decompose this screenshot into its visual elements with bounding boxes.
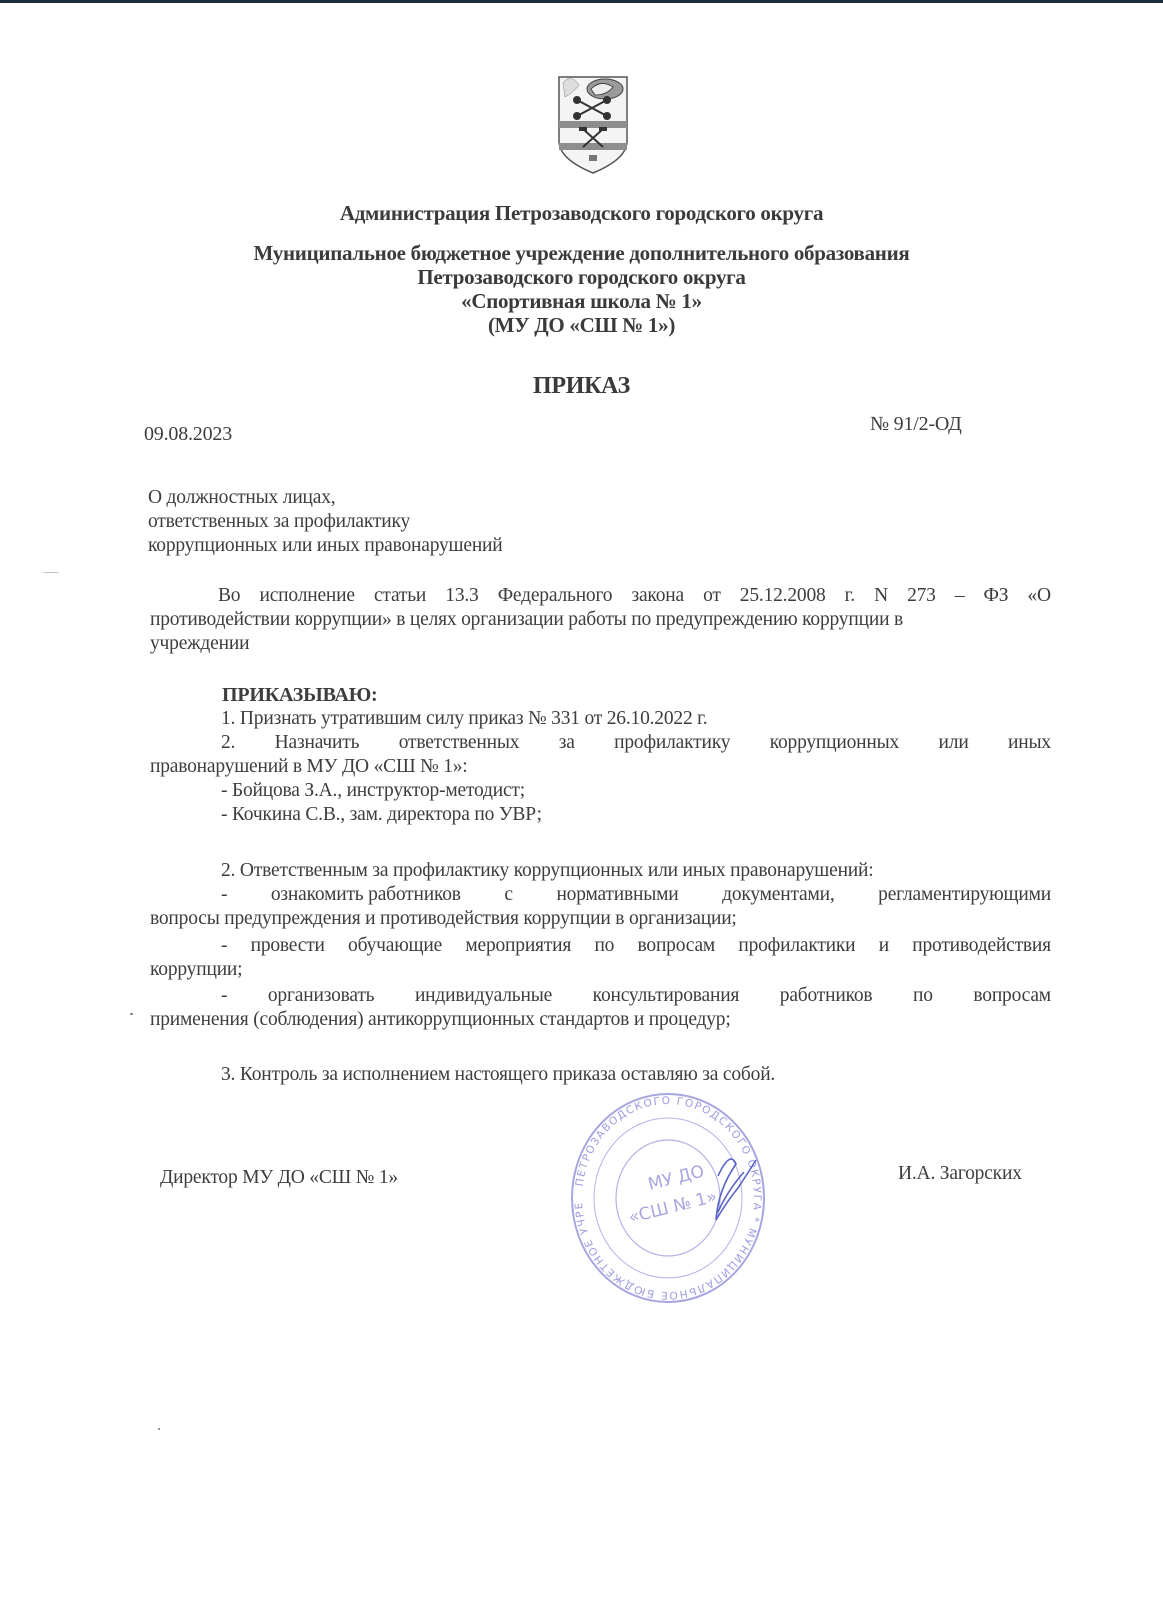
institution-name-line2: Петрозаводского городского округа — [0, 265, 1163, 290]
order-title: ПРИКАЗ — [0, 373, 1163, 400]
preamble-line-2: противодействии коррупции» в целях орган… — [150, 609, 903, 631]
coat-of-arms-icon — [553, 63, 633, 175]
duty-3-line-2: применения (соблюдения) антикоррупционны… — [150, 1009, 731, 1031]
directive-item-3: 3. Контроль за исполнением настоящего пр… — [221, 1064, 775, 1086]
directive-item-2-line-2: правонарушений в МУ ДО «СШ № 1»: — [150, 756, 468, 778]
order-number: № 91/2-ОД — [870, 413, 962, 436]
preamble-line-1: Во исполнение статьи 13.3 Федерального з… — [218, 585, 1051, 607]
scan-top-edge — [0, 0, 1163, 3]
subject-line-1: О должностных лицах, — [148, 487, 335, 509]
institution-name-line3: «Спортивная школа № 1» — [0, 289, 1163, 314]
administration-title: Администрация Петрозаводского городского… — [0, 201, 1163, 226]
signatory-position: Директор МУ ДО «СШ № 1» — [160, 1167, 398, 1189]
scan-speck — [158, 1428, 160, 1430]
duty-3-line-1: - организовать индивидуальные консультир… — [221, 985, 1051, 1007]
appointee-1: - Бойцова З.А., инструктор-методист; — [221, 780, 525, 802]
scan-speck — [42, 572, 60, 573]
responsibilities-heading: 2. Ответственным за профилактику коррупц… — [221, 860, 874, 882]
official-stamp-icon: ПЕТРОЗАВОДСКОГО ГОРОДСКОГО ОКРУГА * МУНИ… — [568, 1090, 768, 1306]
duty-1-line-2: вопросы предупреждения и противодействия… — [150, 908, 737, 930]
duty-2-line-1: - провести обучающие мероприятия по вопр… — [221, 935, 1051, 957]
order-date: 09.08.2023 — [144, 423, 232, 446]
signatory-name: И.А. Загорских — [898, 1163, 1022, 1185]
svg-text:«СШ № 1»: «СШ № 1» — [627, 1187, 719, 1228]
institution-name-line1: Муниципальное бюджетное учреждение допол… — [0, 241, 1163, 266]
subject-line-3: коррупционных или иных правонарушений — [148, 535, 503, 557]
directive-heading: ПРИКАЗЫВАЮ: — [222, 684, 377, 707]
duty-1-line-1: - ознакомить работников с нормативными д… — [221, 884, 1051, 906]
directive-item-2-line-1: 2. Назначить ответственных за профилакти… — [221, 732, 1051, 754]
appointee-2: - Кочкина С.В., зам. директора по УВР; — [221, 804, 542, 826]
svg-text:МУ ДО: МУ ДО — [646, 1162, 706, 1195]
preamble-line-3: учреждении — [150, 633, 249, 655]
directive-item-1: 1. Признать утратившим силу приказ № 331… — [221, 708, 707, 730]
scan-speck — [130, 1013, 133, 1015]
duty-2-line-2: коррупции; — [150, 959, 242, 981]
subject-line-2: ответственных за профилактику — [148, 511, 410, 533]
institution-short-name: (МУ ДО «СШ № 1») — [0, 313, 1163, 338]
